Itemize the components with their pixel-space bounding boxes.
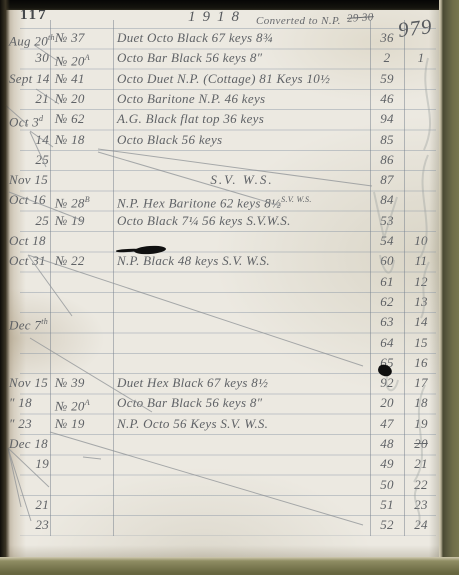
number-cell: № 22 xyxy=(55,251,115,271)
count-cell: 63 xyxy=(370,312,404,332)
number-cell-text: № 28 xyxy=(55,196,85,211)
count-cell: 46 xyxy=(370,89,404,109)
date-cell: 25 xyxy=(9,211,49,231)
count-cell: 87 xyxy=(370,170,404,190)
date-cell-text: 19 xyxy=(35,456,49,471)
description-cell-text: N.P. Octo 56 Keys S.V. W.S. xyxy=(117,416,268,431)
photo-border-right xyxy=(439,0,459,575)
description-cell-text: Octo Black 7¼ 56 keys S.V.W.S. xyxy=(117,213,291,228)
date-cell-text: 30 xyxy=(35,50,49,65)
description-cell-text: A.G. Black flat top 36 keys xyxy=(117,111,264,126)
number-cell-superscript: B xyxy=(85,195,90,204)
index-cell: 19 xyxy=(405,414,437,434)
count-cell-text: 46 xyxy=(380,91,394,106)
number-cell: № 19 xyxy=(55,414,115,434)
date-cell: Nov 15 xyxy=(9,170,49,190)
ledger-row: 30№ 20AOcto Bar Black 56 keys 8″21 xyxy=(6,48,443,68)
index-cell: 24 xyxy=(405,515,437,535)
number-cell-text: № 62 xyxy=(55,111,85,126)
index-cell: 18 xyxy=(405,393,437,413)
index-cell: 13 xyxy=(405,292,437,312)
count-cell: 61 xyxy=(370,272,404,292)
index-cell-text: 21 xyxy=(414,456,428,471)
description-cell: A.G. Black flat top 36 keys xyxy=(117,109,367,129)
count-cell-text: 2 xyxy=(384,50,391,65)
photo-border-top xyxy=(0,0,459,10)
description-cell-superscript: S.V. W.S. xyxy=(281,195,312,204)
date-cell-text: Nov 15 xyxy=(9,375,48,390)
ledger-row: 215123 xyxy=(6,495,443,515)
index-cell-text: 11 xyxy=(415,253,428,268)
index-cell-text: 10 xyxy=(414,233,428,248)
photo-border-left xyxy=(0,0,10,575)
number-cell-text: № 20 xyxy=(55,399,85,414)
number-cell-text: № 41 xyxy=(55,71,85,86)
date-cell-superscript: th xyxy=(41,317,48,326)
date-cell-text: 23 xyxy=(35,517,49,532)
ledger-row: 21№ 20Octo Baritone N.P. 46 keys46 xyxy=(6,89,443,109)
index-cell-text: 15 xyxy=(414,335,428,350)
date-cell-text: 14 xyxy=(35,132,49,147)
date-cell-text: 25 xyxy=(35,152,49,167)
number-cell-text: № 37 xyxy=(55,30,85,45)
ledger-row: Oct 3d№ 62A.G. Black flat top 36 keys94 xyxy=(6,109,443,129)
description-cell: Octo Black 7¼ 56 keys S.V.W.S. xyxy=(117,211,367,231)
count-cell: 64 xyxy=(370,333,404,353)
description-cell-text: N.P. Hex Baritone 62 keys 8½ xyxy=(117,196,281,211)
index-cell: 1 xyxy=(405,48,437,68)
ledger-row: 6415 xyxy=(6,333,443,353)
count-cell: 54 xyxy=(370,231,404,251)
number-cell: № 20 xyxy=(55,89,115,109)
count-cell-text: 94 xyxy=(380,111,394,126)
index-cell-text: 1 xyxy=(418,50,425,65)
date-cell: Sept 14 xyxy=(9,69,49,89)
date-cell: 21 xyxy=(9,89,49,109)
count-cell: 86 xyxy=(370,150,404,170)
count-cell: 84 xyxy=(370,190,404,210)
count-cell-text: 84 xyxy=(380,192,394,207)
description-cell: Octo Duet N.P. (Cottage) 81 Keys 10½ xyxy=(117,69,367,89)
ledger-row: Dec 184820 xyxy=(6,434,443,454)
description-cell: N.P. Black 48 keys S.V. W.S. xyxy=(117,251,367,271)
index-cell: 12 xyxy=(405,272,437,292)
count-cell-text: 85 xyxy=(380,132,394,147)
date-cell-text: Oct 31 xyxy=(9,253,46,268)
description-cell-text: Duet Octo Black 67 keys 8¾ xyxy=(117,30,273,45)
date-cell-text: Oct 18 xyxy=(9,233,46,248)
index-cell: 11 xyxy=(405,251,437,271)
index-cell: 21 xyxy=(405,454,437,474)
ledger-row: Nov 15S.V. W.S.87 xyxy=(6,170,443,190)
count-cell-text: 49 xyxy=(380,456,394,471)
photo-frame: 117 1918 Converted to N.P. 29 30 979 Aug… xyxy=(0,0,459,575)
description-cell-text: Octo Duet N.P. (Cottage) 81 Keys 10½ xyxy=(117,71,330,86)
ledger-row: 25№ 19Octo Black 7¼ 56 keys S.V.W.S.53 xyxy=(6,211,443,231)
converted-note: Converted to N.P. xyxy=(256,15,341,27)
ledger-row: ″ 18№ 20AOcto Bar Black 56 keys 8″2018 xyxy=(6,393,443,413)
count-cell-text: 36 xyxy=(380,30,394,45)
count-cell: 62 xyxy=(370,292,404,312)
count-cell-text: 92 xyxy=(380,375,394,390)
date-cell-text: 21 xyxy=(35,497,49,512)
count-cell: 2 xyxy=(370,48,404,68)
description-cell: Octo Bar Black 56 keys 8″ xyxy=(117,393,367,413)
index-cell-text: 17 xyxy=(414,375,428,390)
count-cell: 36 xyxy=(370,28,404,48)
index-cell-text: 20 xyxy=(414,436,428,451)
number-cell: № 18 xyxy=(55,130,115,150)
count-cell: 60 xyxy=(370,251,404,271)
count-cell: 85 xyxy=(370,130,404,150)
count-cell-text: 61 xyxy=(380,274,394,289)
ledger-row: 6213 xyxy=(6,292,443,312)
number-cell-text: № 18 xyxy=(55,132,85,147)
date-cell: Oct 16 xyxy=(9,190,49,210)
number-cell: № 41 xyxy=(55,69,115,89)
number-cell-text: № 19 xyxy=(55,213,85,228)
description-cell-text: S.V. W.S. xyxy=(210,172,273,187)
description-cell-text: Octo Black 56 keys xyxy=(117,132,222,147)
ledger-row: 6112 xyxy=(6,272,443,292)
count-cell-text: 62 xyxy=(380,294,394,309)
ledger-row: Nov 15№ 39Duet Hex Black 67 keys 8½9217 xyxy=(6,373,443,393)
index-cell: 23 xyxy=(405,495,437,515)
index-cell: 20 xyxy=(405,434,437,454)
index-cell: 14 xyxy=(405,312,437,332)
count-cell: 94 xyxy=(370,109,404,129)
date-cell-text: ″ 23 xyxy=(9,416,32,431)
count-cell-text: 47 xyxy=(380,416,394,431)
date-cell: Nov 15 xyxy=(9,373,49,393)
description-cell: Octo Baritone N.P. 46 keys xyxy=(117,89,367,109)
count-cell-text: 64 xyxy=(380,335,394,350)
ledger-row: Dec 7th6314 xyxy=(6,312,443,332)
number-cell: № 39 xyxy=(55,373,115,393)
count-cell: 49 xyxy=(370,454,404,474)
ledger-row: Oct 16№ 28BN.P. Hex Baritone 62 keys 8½S… xyxy=(6,190,443,210)
index-cell-text: 14 xyxy=(414,314,428,329)
ledger-row: 2586 xyxy=(6,150,443,170)
count-cell-text: 52 xyxy=(380,517,394,532)
count-cell: 47 xyxy=(370,414,404,434)
photo-border-bottom xyxy=(0,557,459,575)
year-heading: 1918 xyxy=(188,9,246,26)
date-cell-text: Dec 7 xyxy=(9,318,41,333)
number-cell: № 37 xyxy=(55,28,115,48)
index-cell-text: 19 xyxy=(414,416,428,431)
count-cell-text: 51 xyxy=(380,497,394,512)
ledger-row: Oct 31№ 22N.P. Black 48 keys S.V. W.S.60… xyxy=(6,251,443,271)
number-cell-text: № 39 xyxy=(55,375,85,390)
number-cell-text: № 19 xyxy=(55,416,85,431)
date-cell: 21 xyxy=(9,495,49,515)
date-cell-text: Sept 14 xyxy=(9,71,50,86)
index-cell: 22 xyxy=(405,475,437,495)
count-cell-text: 54 xyxy=(380,233,394,248)
count-cell: 52 xyxy=(370,515,404,535)
index-cell-text: 24 xyxy=(414,517,428,532)
date-cell-text: Dec 18 xyxy=(9,436,48,451)
description-cell-text: Octo Bar Black 56 keys 8″ xyxy=(117,395,262,410)
date-cell: 30 xyxy=(9,48,49,68)
date-cell: Oct 18 xyxy=(9,231,49,251)
description-cell-text: Octo Baritone N.P. 46 keys xyxy=(117,91,265,106)
ledger-row: 14№ 18Octo Black 56 keys85 xyxy=(6,130,443,150)
date-cell: ″ 18 xyxy=(9,393,49,413)
index-cell-text: 23 xyxy=(414,497,428,512)
number-cell-superscript: A xyxy=(85,398,90,407)
date-cell: 19 xyxy=(9,454,49,474)
ledger-row: Aug 20th№ 37Duet Octo Black 67 keys 8¾36 xyxy=(6,28,443,48)
description-cell: N.P. Octo 56 Keys S.V. W.S. xyxy=(117,414,367,434)
description-cell-text: N.P. Black 48 keys S.V. W.S. xyxy=(117,253,270,268)
date-cell: Oct 31 xyxy=(9,251,49,271)
date-cell-text: ″ 18 xyxy=(9,395,32,410)
date-cell-superscript: d xyxy=(39,114,43,123)
index-cell-text: 18 xyxy=(414,395,428,410)
index-cell: 16 xyxy=(405,353,437,373)
count-cell: 50 xyxy=(370,475,404,495)
ledger-row: Oct 185410 xyxy=(6,231,443,251)
number-cell-text: № 22 xyxy=(55,253,85,268)
count-cell: 59 xyxy=(370,69,404,89)
date-cell: 25 xyxy=(9,150,49,170)
count-cell: 53 xyxy=(370,211,404,231)
ledger-row: 194921 xyxy=(6,454,443,474)
ledger-row: 5022 xyxy=(6,475,443,495)
ledger-row: ″ 23№ 19N.P. Octo 56 Keys S.V. W.S.4719 xyxy=(6,414,443,434)
index-cell: 10 xyxy=(405,231,437,251)
count-cell-text: 53 xyxy=(380,213,394,228)
date-cell-text: Oct 3 xyxy=(9,115,39,130)
date-cell-text: 21 xyxy=(35,91,49,106)
count-cell-text: 50 xyxy=(380,477,394,492)
index-cell-text: 13 xyxy=(414,294,428,309)
count-cell-text: 60 xyxy=(380,253,394,268)
description-cell-text: Octo Bar Black 56 keys 8″ xyxy=(117,50,262,65)
date-cell-text: Oct 16 xyxy=(9,192,46,207)
description-cell: S.V. W.S. xyxy=(117,170,367,190)
description-cell: Duet Octo Black 67 keys 8¾ xyxy=(117,28,367,48)
number-cell-superscript: A xyxy=(85,53,90,62)
description-cell-text: Duet Hex Black 67 keys 8½ xyxy=(117,375,268,390)
count-cell-text: 20 xyxy=(380,395,394,410)
count-cell: 51 xyxy=(370,495,404,515)
count-cell-text: 87 xyxy=(380,172,394,187)
index-cell: 15 xyxy=(405,333,437,353)
index-cell-text: 22 xyxy=(414,477,428,492)
date-cell-superscript: th xyxy=(48,33,55,42)
description-cell: Duet Hex Black 67 keys 8½ xyxy=(117,373,367,393)
date-cell-text: 25 xyxy=(35,213,49,228)
description-cell: Octo Bar Black 56 keys 8″ xyxy=(117,48,367,68)
number-cell-text: № 20 xyxy=(55,54,85,69)
date-cell: ″ 23 xyxy=(9,414,49,434)
count-cell-text: 86 xyxy=(380,152,394,167)
index-cell: 17 xyxy=(405,373,437,393)
count-cell: 20 xyxy=(370,393,404,413)
struck-figure: 29 30 xyxy=(347,11,375,25)
date-cell: Dec 18 xyxy=(9,434,49,454)
count-cell-text: 63 xyxy=(380,314,394,329)
description-cell: Octo Black 56 keys xyxy=(117,130,367,150)
date-cell: 23 xyxy=(9,515,49,535)
ledger-page: 117 1918 Converted to N.P. 29 30 979 Aug… xyxy=(6,10,443,557)
number-cell-text: № 20 xyxy=(55,91,85,106)
ledger-row: Sept 14№ 41Octo Duet N.P. (Cottage) 81 K… xyxy=(6,69,443,89)
date-cell: 14 xyxy=(9,130,49,150)
number-cell: № 62 xyxy=(55,109,115,129)
date-cell-text: Aug 20 xyxy=(9,33,48,48)
count-cell: 48 xyxy=(370,434,404,454)
index-cell-text: 12 xyxy=(414,274,428,289)
count-cell-text: 48 xyxy=(380,436,394,451)
index-cell-text: 16 xyxy=(414,355,428,370)
count-cell-text: 59 xyxy=(380,71,394,86)
date-cell-text: Nov 15 xyxy=(9,172,48,187)
number-cell: № 19 xyxy=(55,211,115,231)
ledger-row: 235224 xyxy=(6,515,443,535)
